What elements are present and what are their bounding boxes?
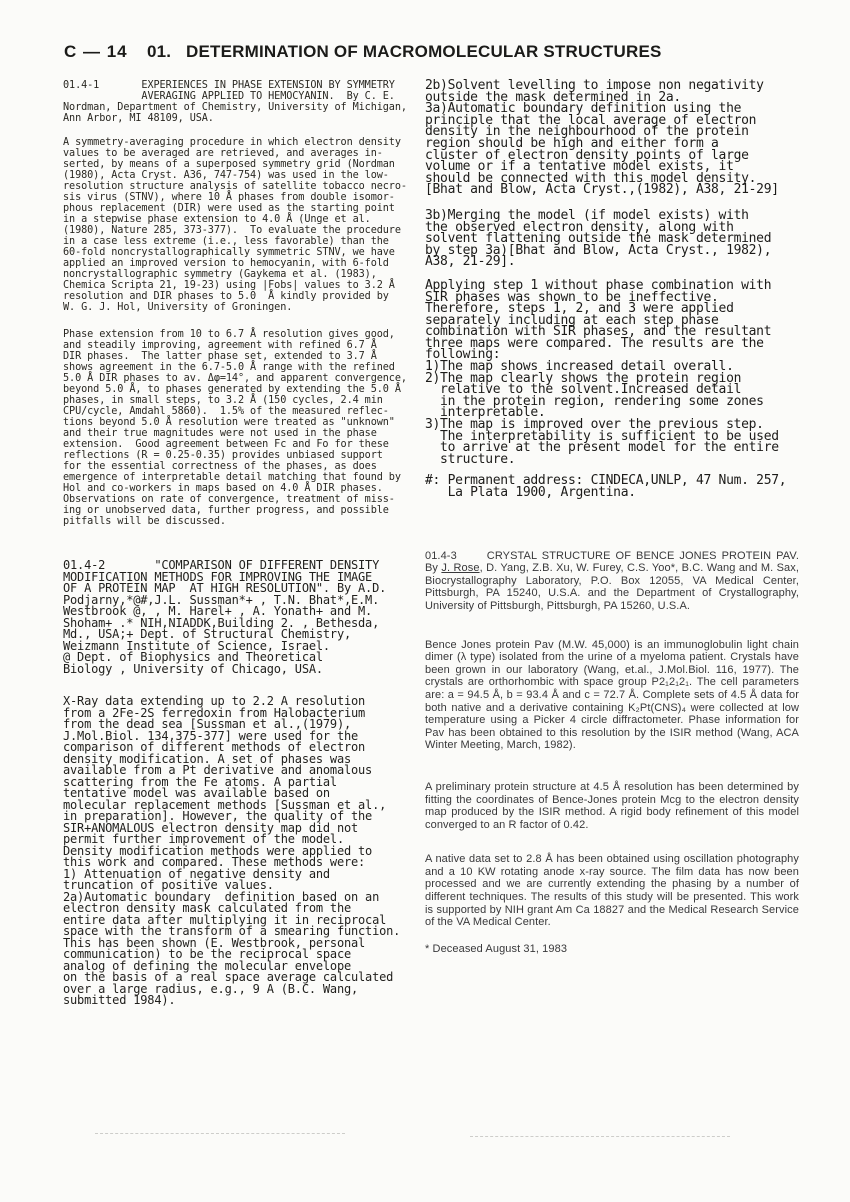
continuation-paragraph-2b-3a: 2b)Solvent levelling to impose non negat…	[425, 80, 799, 196]
abstract-3-paragraph-1: Bence Jones protein Pav (M.W. 45,000) is…	[425, 639, 799, 752]
abstract-3-heading: 01.4-3CRYSTAL STRUCTURE OF BENCE JONES P…	[425, 550, 799, 613]
abstract-3-footnote: * Deceased August 31, 1983	[425, 943, 799, 956]
continuation-permanent-address: #: Permanent address: CINDECA,UNLP, 47 N…	[425, 475, 799, 498]
abstract-3-number: 01.4-3	[425, 550, 457, 562]
abstract-2-heading: 01.4-2 "COMPARISON OF DIFFERENT DENSITY …	[63, 560, 425, 675]
abstract-3-paragraph-3: A native data set to 2.8 Å has been obta…	[425, 853, 799, 929]
scan-artifact-line	[470, 1136, 730, 1137]
abstract-1-heading: 01.4-1 EXPERIENCES IN PHASE EXTENSION BY…	[63, 80, 425, 124]
abstract-3: 01.4-3CRYSTAL STRUCTURE OF BENCE JONES P…	[425, 550, 799, 956]
abstract-1: 01.4-1 EXPERIENCES IN PHASE EXTENSION BY…	[63, 80, 425, 527]
continuation-paragraph-3b: 3b)Merging the model (if model exists) w…	[425, 210, 799, 268]
abstract-2-body: X-Ray data extending up to 2.2 A resolut…	[63, 696, 425, 1007]
abstract-continuation: 2b)Solvent levelling to impose non negat…	[425, 80, 799, 499]
continuation-paragraph-results: Applying step 1 without phase combinatio…	[425, 280, 799, 466]
right-column: 2b)Solvent levelling to impose non negat…	[425, 80, 799, 955]
abstract-3-paragraph-2: A preliminary protein structure at 4.5 Å…	[425, 781, 799, 831]
abstract-1-paragraph-2: Phase extension from 10 to 6.7 Å resolut…	[63, 329, 425, 527]
abstract-2: 01.4-2 "COMPARISON OF DIFFERENT DENSITY …	[63, 560, 425, 1007]
abstract-3-affiliation: , D. Yang, Z.B. Xu, W. Furey, C.S. Yoo*,…	[425, 562, 799, 612]
page-number: C — 14	[64, 42, 128, 62]
abstract-1-paragraph-1: A symmetry-averaging procedure in which …	[63, 137, 425, 313]
abstract-3-author: J. Rose	[441, 562, 479, 574]
left-column: 01.4-1 EXPERIENCES IN PHASE EXTENSION BY…	[63, 80, 425, 1007]
scanned-abstracts-page: C — 14 01. DETERMINATION OF MACROMOLECUL…	[0, 0, 850, 1202]
scan-artifact-line	[95, 1133, 345, 1134]
section-title: 01. DETERMINATION OF MACROMOLECULAR STRU…	[147, 42, 662, 62]
